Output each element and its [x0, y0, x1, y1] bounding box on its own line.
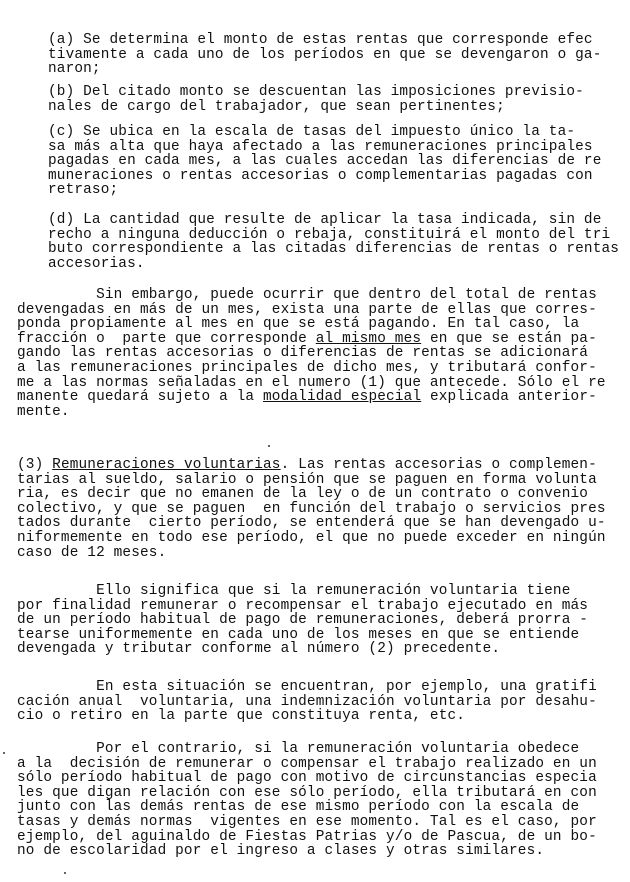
text-line: sa más alta que haya afectado a las remu… — [48, 140, 602, 155]
text-line: buto correspondiente a las citadas difer… — [48, 242, 619, 257]
text-line: naron; — [48, 62, 602, 77]
por-el-contrario-paragraph: Por el contrario, si la remuneración vol… — [17, 742, 597, 859]
text-line: accesorias. — [48, 257, 619, 272]
text-line: me a las normas señaladas en el numero (… — [17, 376, 606, 391]
text-line: de un período habitual de pago de remune… — [17, 613, 588, 628]
text-line: tarias al sueldo, salario o pensión que … — [17, 473, 606, 488]
underlined-phrase: Remuneraciones voluntarias — [52, 457, 280, 473]
underlined-phrase: al mismo mes — [316, 331, 421, 347]
sin-embargo-paragraph: Sin embargo, puede ocurrir que dentro de… — [17, 288, 606, 419]
text-line: (c) Se ubica en la escala de tasas del i… — [48, 125, 602, 140]
text-line: les que digan relación con ese sólo perí… — [17, 786, 597, 801]
text-line: caso de 12 meses. — [17, 546, 606, 561]
text-line: a la decisión de remunerar o compensar e… — [17, 757, 597, 772]
text-line: colectivo, y que se paguen en función de… — [17, 502, 606, 517]
item-b-paragraph: (b) Del citado monto se descuentan las i… — [48, 85, 584, 114]
text-line: ejemplo, del aguinaldo de Fiestas Patria… — [17, 830, 597, 845]
ello-significa-paragraph: Ello significa que si la remuneración vo… — [17, 584, 588, 657]
text-line: muneraciones o rentas accesorias o compl… — [48, 169, 602, 184]
text-line: cio o retiro en la parte que constituya … — [17, 709, 597, 724]
document-page: (a) Se determina el monto de estas renta… — [0, 0, 630, 882]
section-heading-line: (3) Remuneraciones voluntarias. Las rent… — [17, 458, 606, 473]
text-line: (a) Se determina el monto de estas renta… — [48, 33, 602, 48]
item-a-paragraph: (a) Se determina el monto de estas renta… — [48, 33, 602, 77]
text-line: (b) Del citado monto se descuentan las i… — [48, 85, 584, 100]
text-line: gando las rentas accesorias o diferencia… — [17, 346, 606, 361]
text-line: Por el contrario, si la remuneración vol… — [17, 742, 597, 757]
text-line: pagadas en cada mes, a las cuales acceda… — [48, 154, 602, 169]
text-line: Ello significa que si la remuneración vo… — [17, 584, 588, 599]
text-line: retraso; — [48, 183, 602, 198]
text-line: tasas y demás normas vigentes en ese mom… — [17, 815, 597, 830]
en-esta-situacion-paragraph: En esta situación se encuentran, por eje… — [17, 680, 597, 724]
section-3-paragraph: (3) Remuneraciones voluntarias. Las rent… — [17, 458, 606, 560]
text-line: no de escolaridad por el ingreso a clase… — [17, 844, 597, 859]
text-line: tados durante cierto período, se entende… — [17, 516, 606, 531]
scan-speck — [268, 445, 270, 447]
text-line: ponda propiamente al mes en que se está … — [17, 317, 606, 332]
text-line: nales de cargo del trabajador, que sean … — [48, 100, 584, 115]
item-c-paragraph: (c) Se ubica en la escala de tasas del i… — [48, 125, 602, 198]
text-line: ria, es decir que no emanen de la ley o … — [17, 487, 606, 502]
text-line: fracción o parte que corresponde al mism… — [17, 332, 606, 347]
text-line: recho a ninguna deducción o rebaja, cons… — [48, 228, 619, 243]
text-line: mente. — [17, 405, 606, 420]
text-line: cación anual voluntaria, una indemnizaci… — [17, 695, 597, 710]
text-line: sólo período habitual de pago con motivo… — [17, 771, 597, 786]
text-line: niformemente en todo ese período, el que… — [17, 531, 606, 546]
text-line: tivamente a cada uno de los períodos en … — [48, 48, 602, 63]
item-d-paragraph: (d) La cantidad que resulte de aplicar l… — [48, 213, 619, 271]
text-line: En esta situación se encuentran, por eje… — [17, 680, 597, 695]
underlined-phrase: modalidad especial — [263, 389, 421, 405]
text-line: por finalidad remunerar o recompensar el… — [17, 599, 588, 614]
text-line: a las remuneraciones principales de dich… — [17, 361, 606, 376]
text-line: manente quedará sujeto a la modalidad es… — [17, 390, 606, 405]
scan-speck — [64, 872, 66, 874]
text-line: devengada y tributar conforme al número … — [17, 642, 588, 657]
text-line: junto con las demás rentas de ese mismo … — [17, 800, 597, 815]
text-line: Sin embargo, puede ocurrir que dentro de… — [17, 288, 606, 303]
text-line: devengadas en más de un mes, exista una … — [17, 303, 606, 318]
text-line: tearse uniformemente en cada uno de los … — [17, 628, 588, 643]
text-line: (d) La cantidad que resulte de aplicar l… — [48, 213, 619, 228]
scan-speck — [3, 752, 5, 754]
